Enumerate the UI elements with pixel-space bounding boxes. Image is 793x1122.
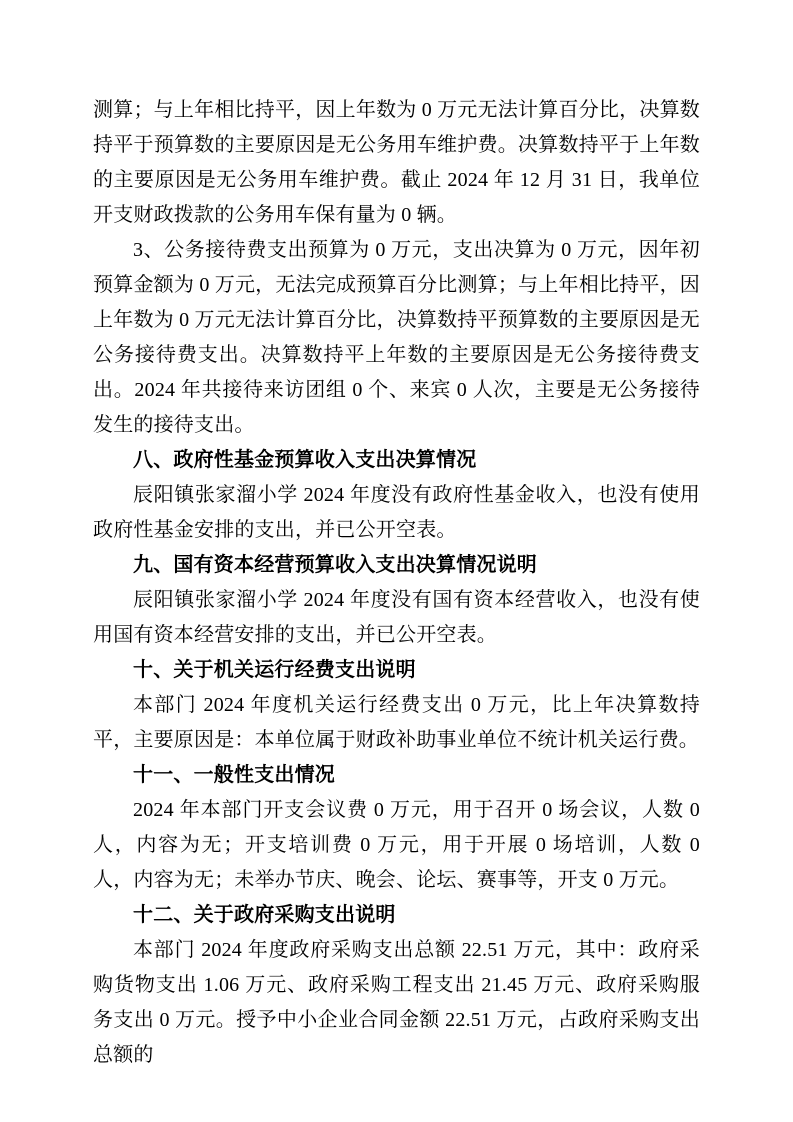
heading-section-8-government-fund: 八、政府性基金预算收入支出决算情况 xyxy=(93,443,700,478)
document-page: 测算；与上年相比持平，因上年数为 0 万元无法计算百分比，决算数持平于预算数的主… xyxy=(0,0,793,1122)
para-section-10-operating-expense: 本部门 2024 年度机关运行经费支出 0 万元，比上年决算数持平，主要原因是：… xyxy=(93,688,700,758)
heading-section-11-general-expense: 十一、一般性支出情况 xyxy=(93,758,700,793)
heading-section-10-operating-expense: 十、关于机关运行经费支出说明 xyxy=(93,653,700,688)
para-section-11-general-expense: 2024 年本部门开支会议费 0 万元，用于召开 0 场会议，人数 0 人，内容… xyxy=(93,793,700,898)
para-section-8-government-fund: 辰阳镇张家溜小学 2024 年度没有政府性基金收入，也没有使用政府性基金安排的支… xyxy=(93,478,700,548)
para-vehicle-expense-carryover: 测算；与上年相比持平，因上年数为 0 万元无法计算百分比，决算数持平于预算数的主… xyxy=(93,93,700,233)
para-section-9-state-capital: 辰阳镇张家溜小学 2024 年度没有国有资本经营收入，也没有使用国有资本经营安排… xyxy=(93,583,700,653)
para-official-reception-expense: 3、公务接待费支出预算为 0 万元，支出决算为 0 万元，因年初预算金额为 0 … xyxy=(93,233,700,443)
heading-section-9-state-capital: 九、国有资本经营预算收入支出决算情况说明 xyxy=(93,548,700,583)
document-body: 测算；与上年相比持平，因上年数为 0 万元无法计算百分比，决算数持平于预算数的主… xyxy=(93,93,700,1073)
para-section-12-procurement: 本部门 2024 年度政府采购支出总额 22.51 万元，其中：政府采购货物支出… xyxy=(93,933,700,1073)
heading-section-12-procurement: 十二、关于政府采购支出说明 xyxy=(93,898,700,933)
